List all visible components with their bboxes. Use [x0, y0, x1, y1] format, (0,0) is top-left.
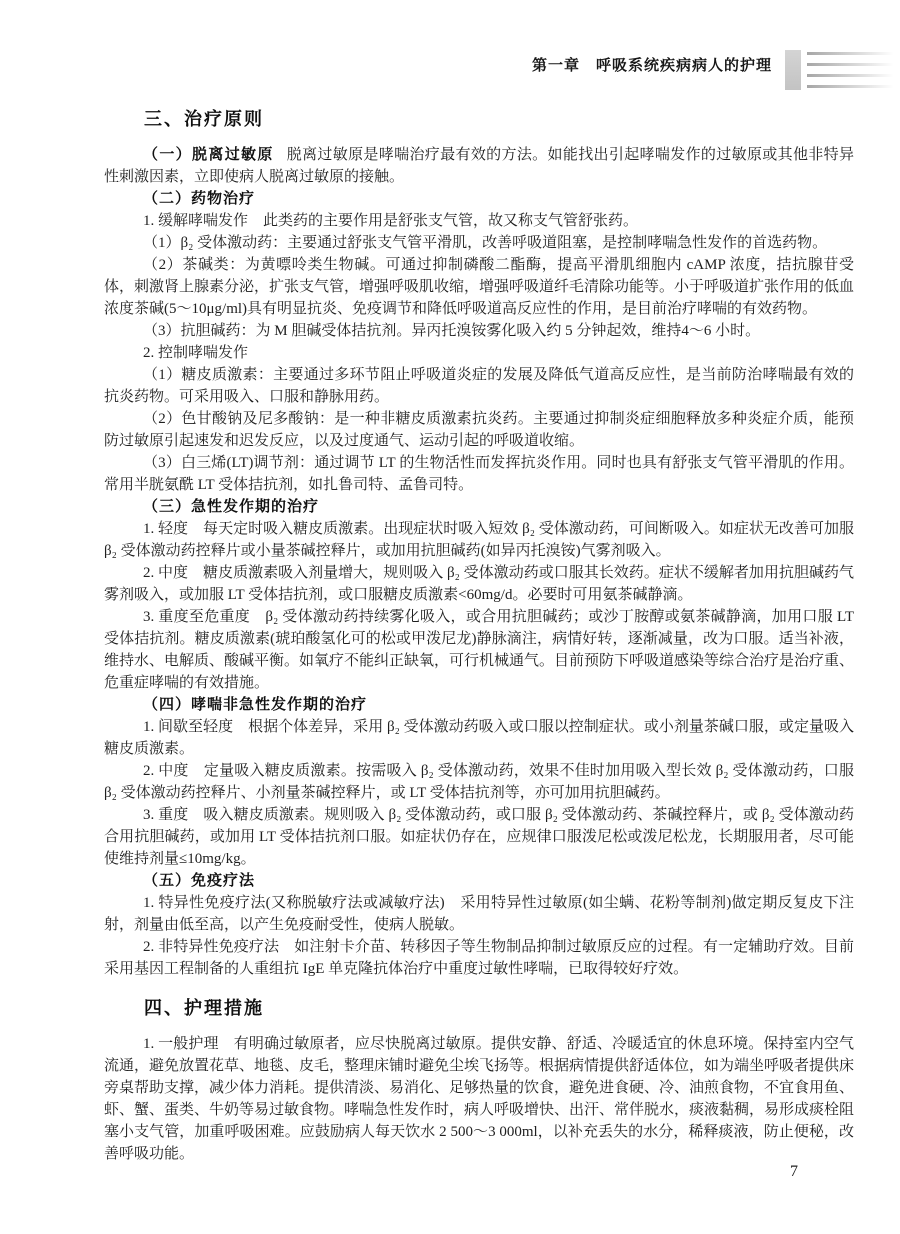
header-decoration	[785, 50, 893, 90]
paragraph: （3）白三烯(LT)调节剂：通过调节 LT 的生物活性而发挥抗炎作用。同时也具有…	[104, 452, 854, 496]
paragraph-text: 1. 间歇至轻度 根据个体差异，采用 β₂ 受体激动药吸入或口服以控制症状。或小…	[104, 719, 854, 757]
paragraph: （3）抗胆碱药：为 M 胆碱受体拮抗剂。异丙托溴铵雾化吸入约 5 分钟起效，维持…	[104, 320, 854, 342]
paragraph-text: 2. 中度 定量吸入糖皮质激素。按需吸入 β₂ 受体激动药，效果不佳时加用吸入型…	[104, 763, 854, 801]
paragraph: 2. 非特异性免疫疗法 如注射卡介苗、转移因子等生物制品抑制过敏原反应的过程。有…	[104, 936, 854, 980]
decoration-block-icon	[785, 50, 801, 90]
paragraph-text: （2）茶碱类：为黄嘌呤类生物碱。可通过抑制磷酸二酯酶，提高平滑肌细胞内 cAMP…	[104, 257, 854, 317]
section-nursing-measures: 四、护理措施 1. 一般护理 有明确过敏原者，应尽快脱离过敏原。提供安静、舒适、…	[104, 997, 854, 1165]
paragraph-text: 1. 轻度 每天定时吸入糖皮质激素。出现症状时吸入短效 β₂ 受体激动药，可间断…	[104, 521, 854, 559]
section-title: 四、护理措施	[104, 997, 854, 1019]
paragraph-text: 2. 非特异性免疫疗法 如注射卡介苗、转移因子等生物制品抑制过敏原反应的过程。有…	[104, 939, 854, 977]
paragraph: 2. 控制哮喘发作	[104, 342, 854, 364]
paragraph-text: 1. 缓解哮喘发作 此类药的主要作用是舒张支气管，故又称支气管舒张药。	[143, 213, 638, 229]
paragraph: （1）β₂ 受体激动药：主要通过舒张支气管平滑肌，改善呼吸道阻塞，是控制哮喘急性…	[104, 232, 854, 254]
paragraph-text: （3）抗胆碱药：为 M 胆碱受体拮抗剂。异丙托溴铵雾化吸入约 5 分钟起效，维持…	[143, 323, 760, 339]
paragraph: （一）脱离过敏原脱离过敏原是哮喘治疗最有效的方法。如能找出引起哮喘发作的过敏原或…	[104, 144, 854, 188]
paragraph: 1. 轻度 每天定时吸入糖皮质激素。出现症状时吸入短效 β₂ 受体激动药，可间断…	[104, 518, 854, 562]
paragraph: （2）色甘酸钠及尼多酸钠：是一种非糖皮质激素抗炎药。主要通过抑制炎症细胞释放多种…	[104, 408, 854, 452]
section-treatment-principles: 三、治疗原则 （一）脱离过敏原脱离过敏原是哮喘治疗最有效的方法。如能找出引起哮喘…	[104, 108, 854, 980]
paragraph-text: 1. 特异性免疫疗法(又称脱敏疗法或减敏疗法) 采用特异性过敏原(如尘螨、花粉等…	[104, 895, 854, 933]
decoration-line	[807, 74, 893, 77]
paragraph: 2. 中度 糖皮质激素吸入剂量增大，规则吸入 β₂ 受体激动药或口服其长效药。症…	[104, 562, 854, 606]
paragraph: 1. 缓解哮喘发作 此类药的主要作用是舒张支气管，故又称支气管舒张药。	[104, 210, 854, 232]
paragraph-text: 3. 重度至危重度 β₂ 受体激动药持续雾化吸入，或合用抗胆碱药；或沙丁胺醇或氨…	[104, 609, 854, 691]
chapter-title: 第一章 呼吸系统疾病病人的护理	[532, 56, 772, 76]
paragraph-text: （2）色甘酸钠及尼多酸钠：是一种非糖皮质激素抗炎药。主要通过抑制炎症细胞释放多种…	[104, 411, 854, 449]
paragraph-text: 2. 中度 糖皮质激素吸入剂量增大，规则吸入 β₂ 受体激动药或口服其长效药。症…	[104, 565, 854, 603]
page-content: 三、治疗原则 （一）脱离过敏原脱离过敏原是哮喘治疗最有效的方法。如能找出引起哮喘…	[104, 108, 854, 1165]
paragraph: （2）茶碱类：为黄嘌呤类生物碱。可通过抑制磷酸二酯酶，提高平滑肌细胞内 cAMP…	[104, 254, 854, 320]
paragraph-text: （1）糖皮质激素：主要通过多环节阻止呼吸道炎症的发展及降低气道高反应性，是当前防…	[104, 367, 854, 405]
subsection-heading: （四）哮喘非急性发作期的治疗	[104, 694, 854, 716]
paragraph-lead: （一）脱离过敏原	[143, 146, 274, 163]
paragraph: 3. 重度 吸入糖皮质激素。规则吸入 β₂ 受体激动药，或口服 β₂ 受体激动药…	[104, 804, 854, 870]
decoration-line	[807, 85, 893, 88]
page-number: 7	[790, 1162, 798, 1182]
paragraph-text: 1. 一般护理 有明确过敏原者，应尽快脱离过敏原。提供安静、舒适、冷暖适宜的休息…	[104, 1036, 854, 1162]
paragraph-text: 3. 重度 吸入糖皮质激素。规则吸入 β₂ 受体激动药，或口服 β₂ 受体激动药…	[104, 807, 854, 867]
paragraph-text: （3）白三烯(LT)调节剂：通过调节 LT 的生物活性而发挥抗炎作用。同时也具有…	[104, 455, 854, 493]
textbook-page: { "header": { "chapter_title": "第一章 呼吸系统…	[0, 0, 900, 1234]
paragraph: 3. 重度至危重度 β₂ 受体激动药持续雾化吸入，或合用抗胆碱药；或沙丁胺醇或氨…	[104, 606, 854, 694]
paragraph: 1. 一般护理 有明确过敏原者，应尽快脱离过敏原。提供安静、舒适、冷暖适宜的休息…	[104, 1033, 854, 1165]
subsection-heading: （五）免疫疗法	[104, 870, 854, 892]
decoration-lines-icon	[807, 50, 893, 90]
subsection-heading: （二）药物治疗	[104, 188, 854, 210]
page-header: 第一章 呼吸系统疾病病人的护理	[0, 54, 900, 96]
paragraph: 1. 特异性免疫疗法(又称脱敏疗法或减敏疗法) 采用特异性过敏原(如尘螨、花粉等…	[104, 892, 854, 936]
decoration-line	[807, 63, 893, 66]
section-title: 三、治疗原则	[104, 108, 854, 130]
paragraph: 1. 间歇至轻度 根据个体差异，采用 β₂ 受体激动药吸入或口服以控制症状。或小…	[104, 716, 854, 760]
paragraph: （1）糖皮质激素：主要通过多环节阻止呼吸道炎症的发展及降低气道高反应性，是当前防…	[104, 364, 854, 408]
paragraph: 2. 中度 定量吸入糖皮质激素。按需吸入 β₂ 受体激动药，效果不佳时加用吸入型…	[104, 760, 854, 804]
paragraph-text: （1）β₂ 受体激动药：主要通过舒张支气管平滑肌，改善呼吸道阻塞，是控制哮喘急性…	[143, 235, 827, 251]
paragraph-text: 2. 控制哮喘发作	[143, 345, 248, 361]
decoration-line	[807, 52, 893, 55]
subsection-heading: （三）急性发作期的治疗	[104, 496, 854, 518]
